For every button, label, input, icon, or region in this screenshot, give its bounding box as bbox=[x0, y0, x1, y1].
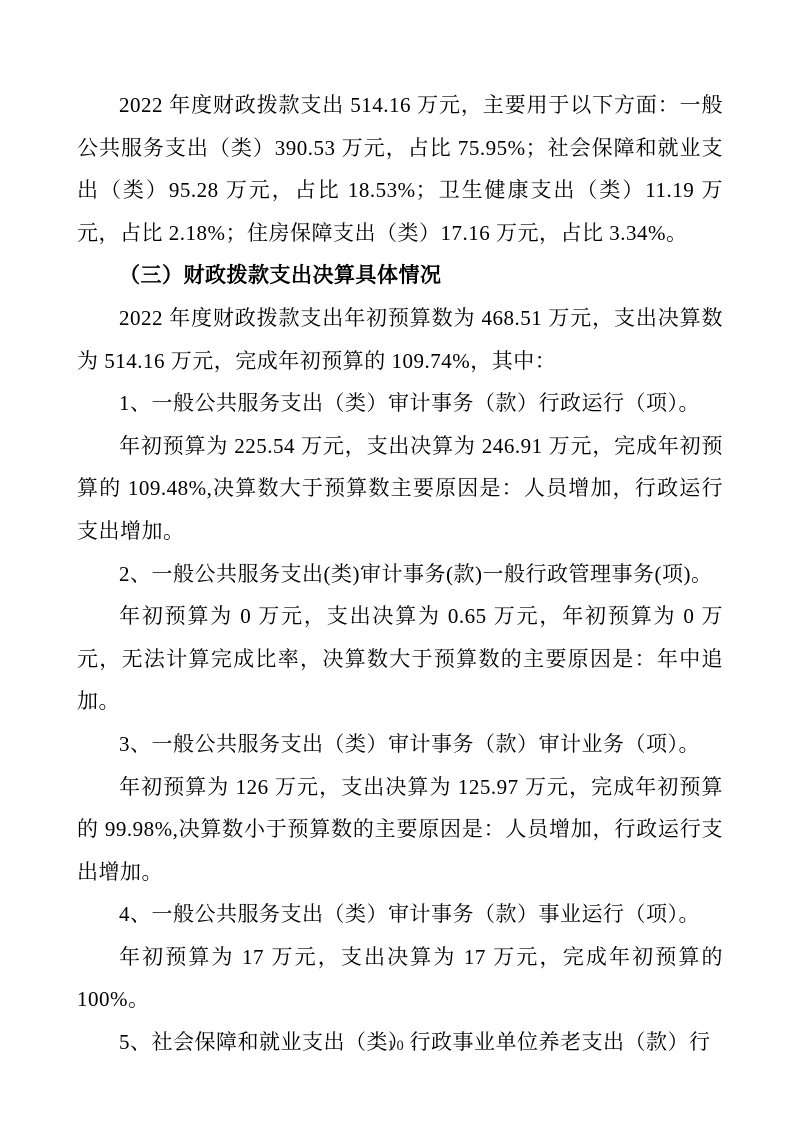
item-3-title: 3、一般公共服务支出（类）审计事务（款）审计业务（项）。 bbox=[77, 723, 723, 766]
item-2-detail: 年初预算为 0 万元，支出决算为 0.65 万元，年初预算为 0 万元，无法计算… bbox=[77, 595, 723, 723]
item-1-title: 1、一般公共服务支出（类）审计事务（款）行政运行（项）。 bbox=[77, 382, 723, 425]
item-4-title: 4、一般公共服务支出（类）审计事务（款）事业运行（项）。 bbox=[77, 893, 723, 936]
item-4-detail: 年初预算为 17 万元，支出决算为 17 万元，完成年初预算的 100%。 bbox=[77, 936, 723, 1021]
paragraph-budget-vs-final-accounts: 2022 年度财政拨款支出年初预算数为 468.51 万元，支出决算数为 514… bbox=[77, 297, 723, 382]
document-body: 2022 年度财政拨款支出 514.16 万元，主要用于以下方面：一般公共服务支… bbox=[77, 84, 723, 1064]
item-2-title: 2、一般公共服务支出(类)审计事务(款)一般行政管理事务(项)。 bbox=[77, 553, 723, 596]
page-number: - 10 - bbox=[0, 1036, 793, 1056]
item-1-detail: 年初预算为 225.54 万元，支出决算为 246.91 万元，完成年初预算的 … bbox=[77, 425, 723, 553]
paragraph-expenditure-breakdown: 2022 年度财政拨款支出 514.16 万元，主要用于以下方面：一般公共服务支… bbox=[77, 84, 723, 254]
item-3-detail: 年初预算为 126 万元，支出决算为 125.97 万元，完成年初预算的 99.… bbox=[77, 766, 723, 894]
document-page: 2022 年度财政拨款支出 514.16 万元，主要用于以下方面：一般公共服务支… bbox=[0, 0, 793, 1122]
section-heading-fiscal-expenditure-details: （三）财政拨款支出决算具体情况 bbox=[77, 254, 723, 297]
